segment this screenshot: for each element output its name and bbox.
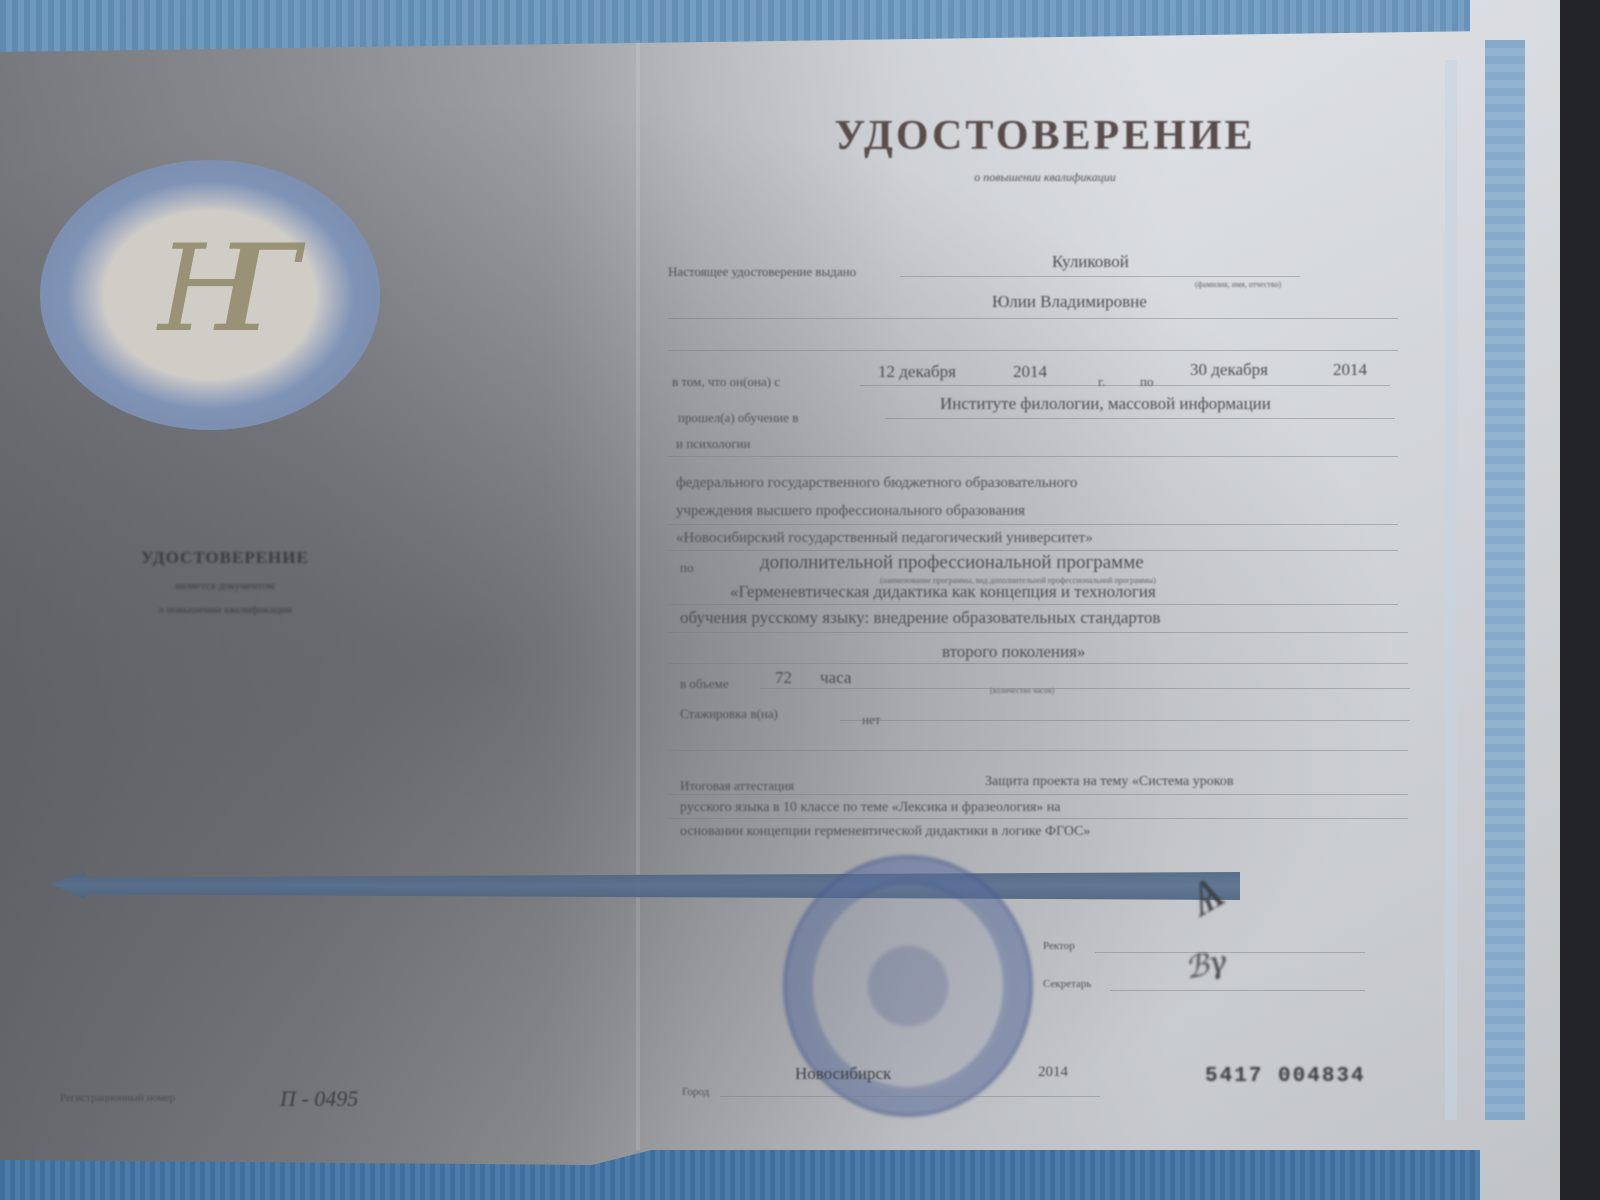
secretary-signature: ℬγ (1182, 945, 1229, 987)
date-from: 12 декабря (878, 362, 956, 382)
institute-line-2: и психологии (676, 436, 750, 452)
rule (668, 524, 1398, 525)
attestation-label: Итоговая аттестация (680, 778, 794, 794)
recipient-surname: Куликовой (1052, 252, 1129, 272)
program-title-line-1: «Герменевтическая дидактика как концепци… (730, 582, 1156, 602)
to-label: по (1140, 374, 1153, 390)
program-title-line-2: обучения русскому языку: внедрение образ… (680, 608, 1160, 628)
rule (668, 818, 1408, 819)
recipient-given-names: Юлии Владимировне (992, 292, 1147, 312)
registration-number-value: П - 0495 (280, 1086, 358, 1112)
issued-to-label: Настоящее удостоверение выдано (668, 264, 856, 280)
attestation-line-3: основании концепции герменевтической дид… (680, 824, 1090, 840)
institute-line-1: Институте филологии, массовой информации (940, 394, 1271, 414)
certificate-photo: НГ УДОСТОВЕРЕНИЕ является документом о п… (0, 0, 1600, 1200)
rule (1095, 952, 1365, 953)
rule (668, 350, 1398, 351)
year-from: 2014 (1013, 362, 1047, 382)
right-border-ornament (1485, 40, 1525, 1120)
rule (1110, 990, 1365, 991)
rule (668, 750, 1408, 751)
left-page-title: УДОСТОВЕРЕНИЕ (40, 548, 410, 568)
rule (720, 1096, 1100, 1097)
program-title-line-3: второго поколения» (942, 642, 1085, 662)
university-monogram-icon: НГ (120, 210, 300, 370)
document-subtitle: о повышении квалификации (830, 170, 1260, 185)
document-title: УДОСТОВЕРЕНИЕ (780, 112, 1310, 160)
rule (668, 663, 1408, 664)
rule (668, 632, 1408, 633)
org-line-2: учреждения высшего профессионального обр… (676, 503, 1025, 520)
city-value: Новосибирск (795, 1064, 891, 1084)
serial-number: 5417 004834 (1205, 1065, 1366, 1088)
page-fold (636, 40, 640, 1150)
internship-label: Стажировка в(на) (680, 706, 778, 722)
attestation-line-1: Защита проекта на тему «Система уроков (985, 774, 1233, 790)
right-border-inner-line (1445, 60, 1457, 1120)
attestation-line-2: русского языка в 10 классе по теме «Лекс… (680, 800, 1061, 816)
secretary-signature-label: Секретарь (1043, 978, 1091, 990)
rule (840, 720, 1410, 721)
org-line-1: федерального государственного бюджетного… (676, 475, 1077, 492)
year-suffix-from: г. (1098, 374, 1105, 390)
volume-label: в объеме (680, 676, 729, 692)
rule (668, 318, 1398, 319)
rule (885, 418, 1395, 419)
year-to: 2014 (1333, 360, 1367, 380)
rule (668, 794, 1408, 795)
name-hint: (фамилия, имя, отчество) (1195, 280, 1281, 289)
rule (668, 456, 1398, 457)
background-surface (1558, 0, 1600, 1200)
program-label: по (680, 560, 693, 576)
left-page-subtitle-1: является документом (40, 580, 410, 592)
left-page-subtitle-2: о повышении квалификации (40, 604, 410, 616)
head-signature-label: Ректор (1043, 940, 1075, 952)
org-line-3: «Новосибирский государственный педагогич… (676, 530, 1093, 547)
training-label: прошел(а) обучение в (678, 410, 798, 426)
program-type: дополнительной профессиональной программ… (760, 552, 1144, 574)
rule (668, 604, 1398, 605)
date-to: 30 декабря (1190, 360, 1268, 380)
rule (860, 385, 1390, 386)
rule (760, 688, 1410, 689)
city-label: Город (682, 1086, 709, 1098)
issue-year: 2014 (1038, 1064, 1068, 1081)
registration-number-label: Регистрационный номер (60, 1092, 175, 1104)
rule (900, 276, 1300, 277)
rule (668, 550, 1398, 551)
hours-word: часа (820, 668, 851, 688)
period-label: в том, что он(она) с (672, 374, 780, 390)
volume-hours: 72 (775, 668, 792, 688)
